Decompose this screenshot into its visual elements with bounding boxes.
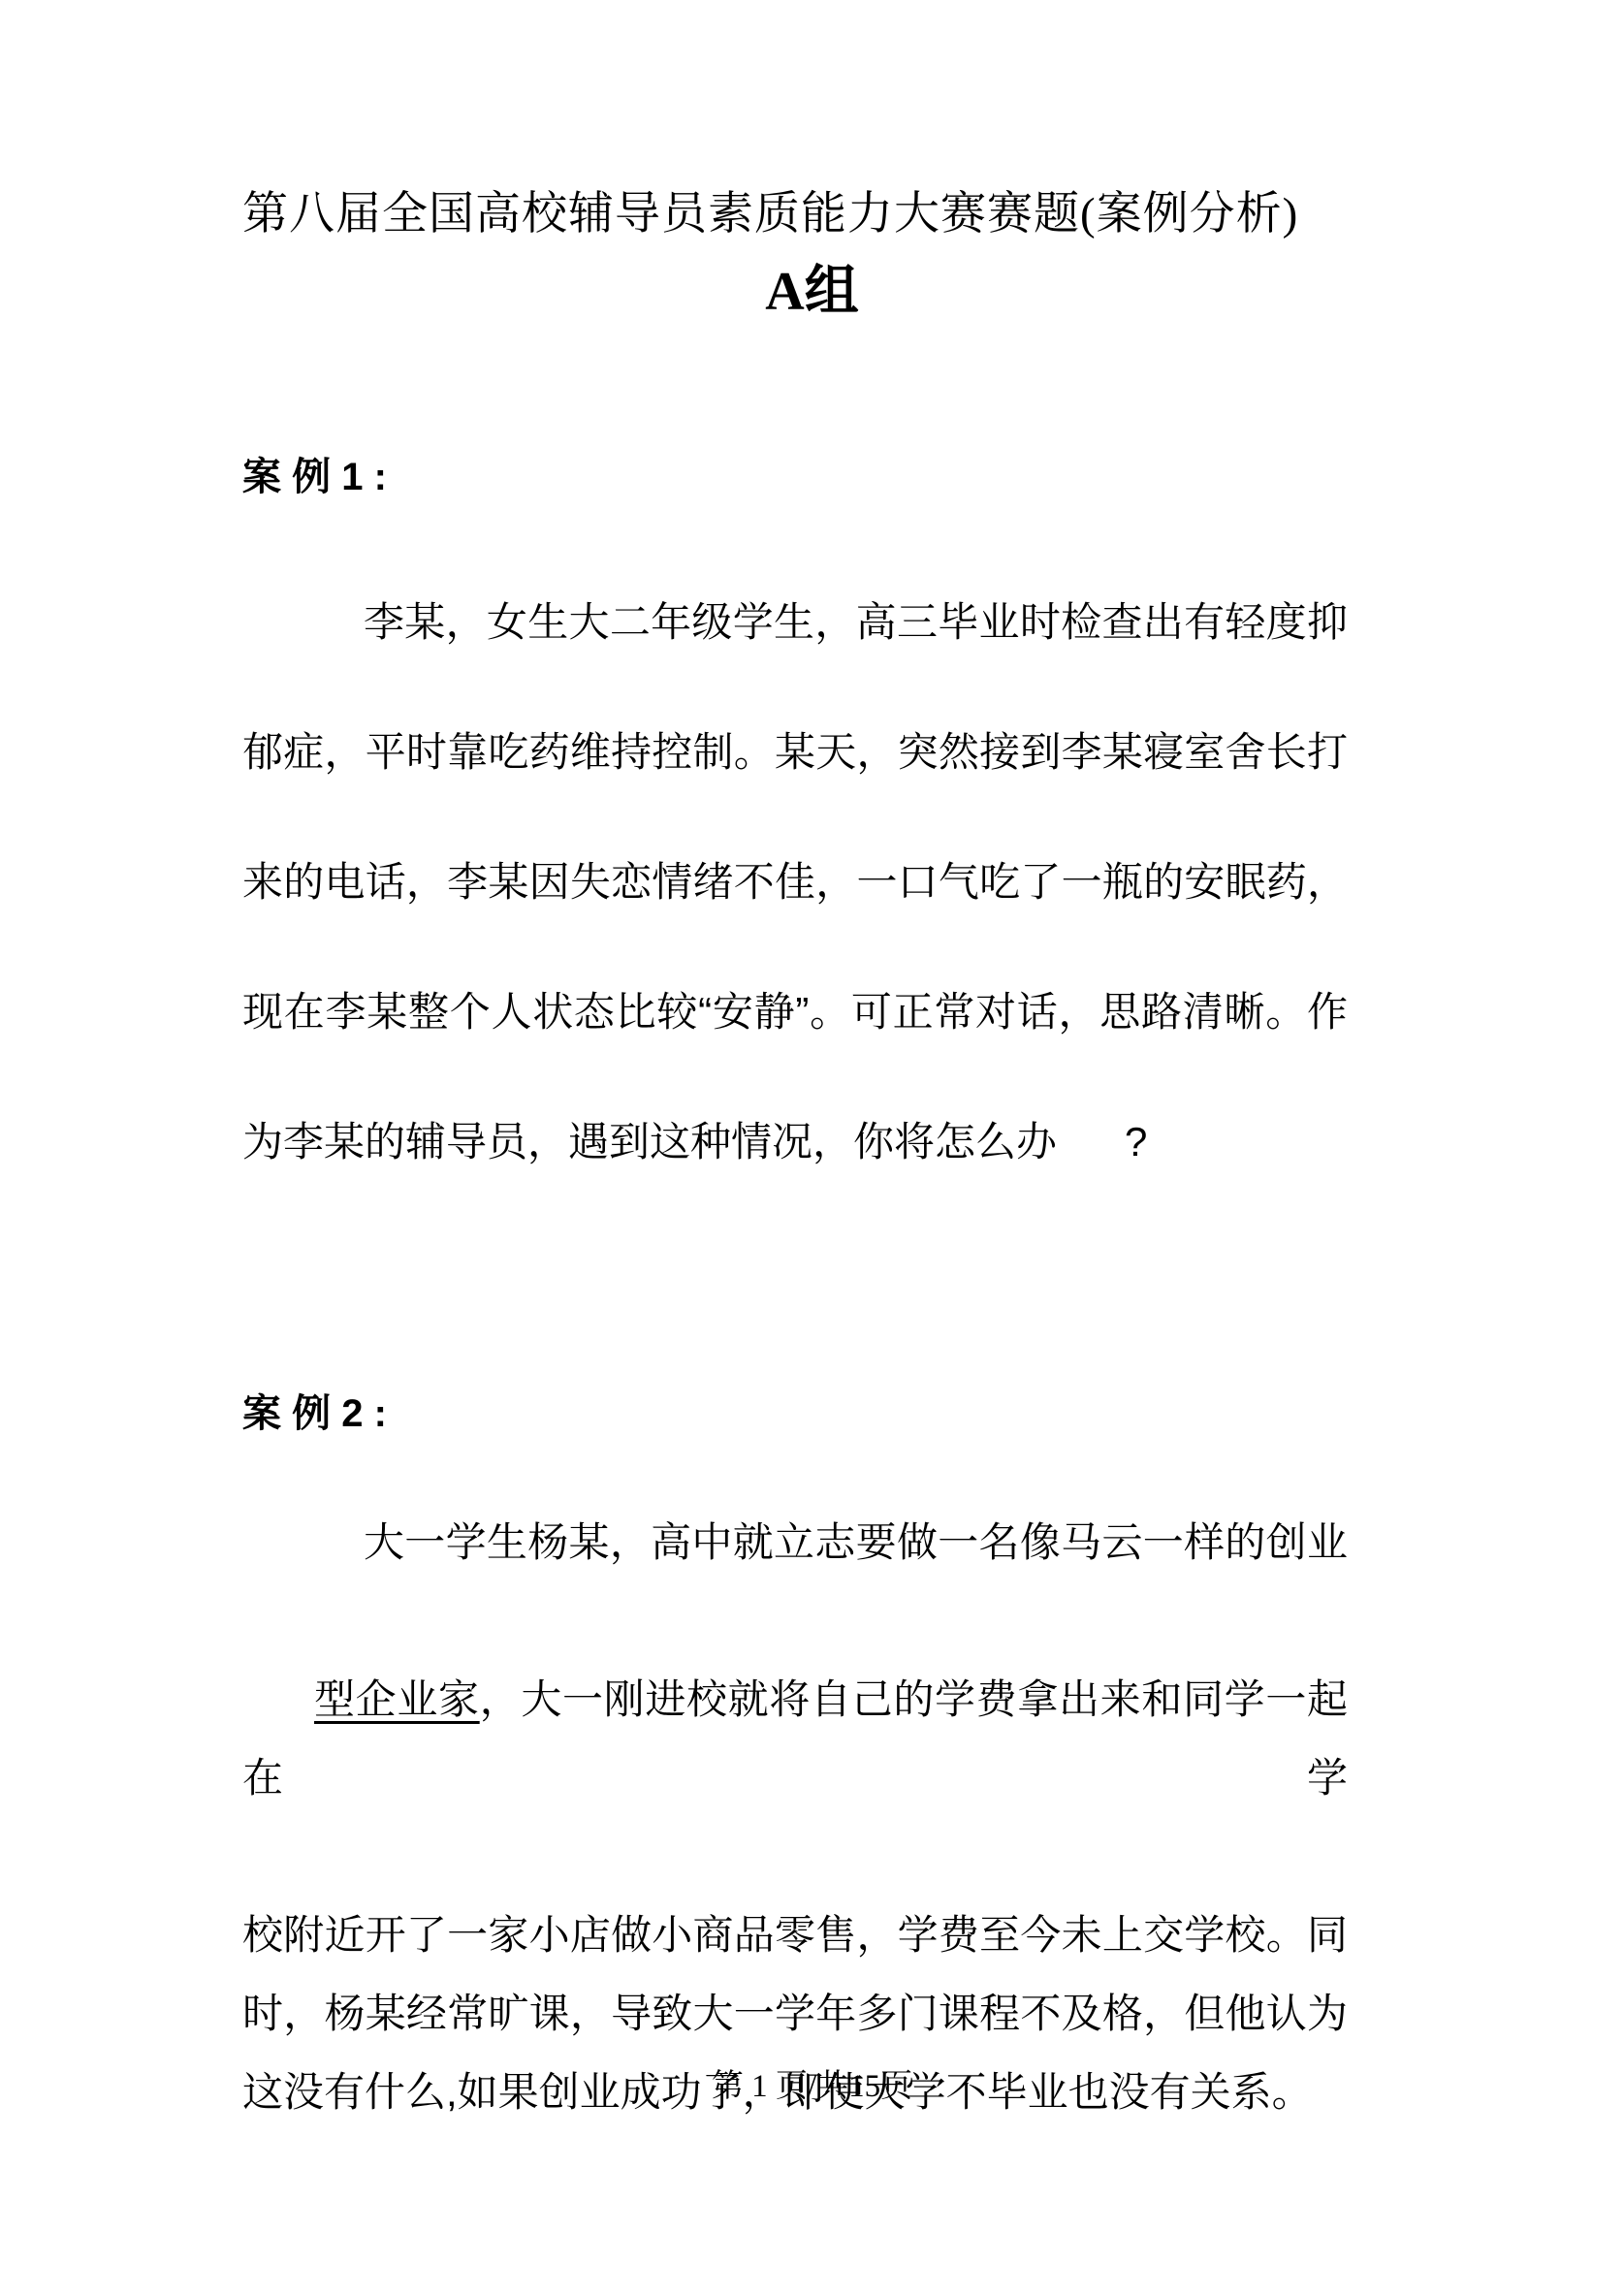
page-title: 第八届全国高校辅导员素质能力大赛赛题(案例分析) bbox=[242, 177, 1298, 242]
group-label: A组 bbox=[0, 248, 1624, 326]
paragraph-line: 为李某的辅导员，遇到这种情况，你将怎么办 ? bbox=[242, 1077, 1348, 1207]
paragraph-line: 校附近开了一家小店做小商品零售，学费至今未上交学校。同 bbox=[242, 1896, 1348, 1974]
page-number-footer: 第 1 页/共15页 bbox=[0, 2060, 1624, 2106]
paragraph-line: 来的电话，李某因失恋情绪不佳，一口气吃了一瓶的安眠药， bbox=[242, 817, 1348, 947]
case2-paragraph: 大一学生杨某，高中就立志要做一名像马云一样的创业 型企业家，大一刚进校就将自己的… bbox=[242, 1503, 1348, 2131]
paragraph-line: 郁症，平时靠吃药维持控制。某天，突然接到李某寝室舍长打 bbox=[242, 687, 1348, 817]
paragraph-line: 现在李某整个人状态比较“安静”。可正常对话，思路清晰。作 bbox=[242, 947, 1348, 1077]
case1-heading: 案 例 1 : bbox=[242, 446, 387, 501]
paragraph-line: 李某，女生大二年级学生，高三毕业时检查出有轻度抑 bbox=[242, 558, 1348, 687]
case2-heading: 案 例 2 : bbox=[242, 1383, 387, 1438]
paragraph-line: 时，杨某经常旷课，导致大一学年多门课程不及格，但他认为 bbox=[242, 1974, 1348, 2053]
underlined-text: 型企业家 bbox=[314, 1676, 480, 1722]
case1-paragraph: 李某，女生大二年级学生，高三毕业时检查出有轻度抑 郁症，平时靠吃药维持控制。某天… bbox=[242, 558, 1348, 1207]
paragraph-line: 大一学生杨某，高中就立志要做一名像马云一样的创业 bbox=[242, 1503, 1348, 1581]
document-page: 第八届全国高校辅导员素质能力大赛赛题(案例分析) A组 案 例 1 : 李某，女… bbox=[0, 0, 1624, 2296]
paragraph-line: 型企业家，大一刚进校就将自己的学费拿出来和同学一起在学 bbox=[242, 1581, 1348, 1896]
